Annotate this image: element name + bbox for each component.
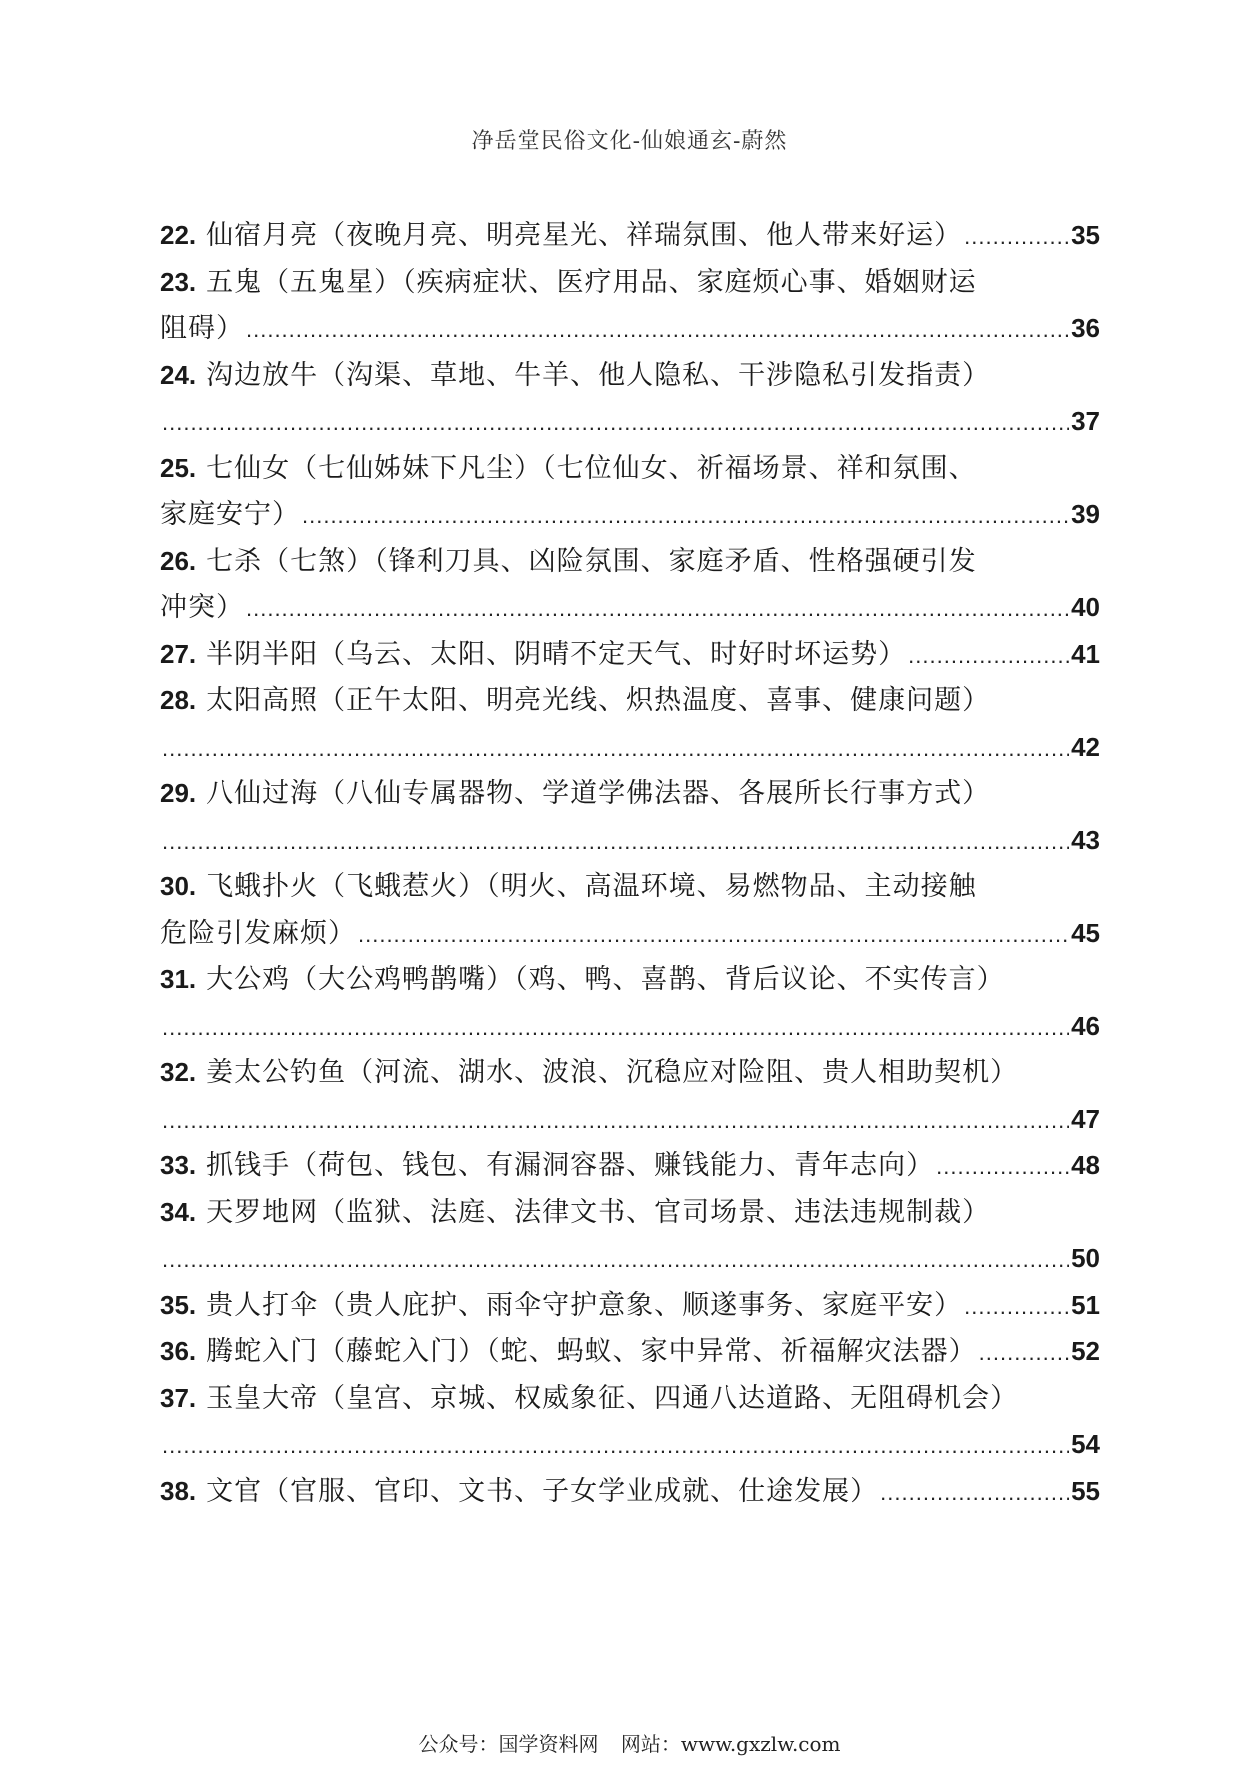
toc-entry-number: 38. [160, 1468, 196, 1515]
toc-line: 阻碍）36 [160, 305, 1100, 352]
toc-line: 34.天罗地网（监狱、法庭、法律文书、官司场景、违法违规制裁） [160, 1189, 1100, 1236]
toc-page-number: 48 [1071, 1142, 1100, 1189]
toc-entry-title: 贵人打伞（贵人庇护、雨伞守护意象、顺遂事务、家庭平安） [206, 1283, 962, 1330]
toc-line: 28.太阳高照（正午太阳、明亮光线、炽热温度、喜事、健康问题） [160, 677, 1100, 724]
dot-leader [162, 726, 1069, 773]
dot-leader [358, 912, 1069, 959]
toc-page-number: 39 [1071, 491, 1100, 538]
toc-entry-title: 抓钱手（荷包、钱包、有漏洞容器、赚钱能力、青年志向） [206, 1143, 934, 1190]
dot-leader [908, 633, 1069, 680]
toc-entry[interactable]: 26.七杀（七煞）（锋利刀具、凶险氛围、家庭矛盾、性格强硬引发冲突）40 [160, 538, 1100, 631]
toc-page-number: 52 [1071, 1328, 1100, 1375]
toc-page-number: 50 [1071, 1235, 1100, 1282]
toc-entry-title: 危险引发麻烦） [160, 911, 356, 958]
dot-leader [302, 493, 1069, 540]
toc-page-number: 54 [1071, 1421, 1100, 1468]
toc-page-number: 55 [1071, 1468, 1100, 1515]
dot-leader [162, 1005, 1069, 1052]
toc-line: 42 [160, 724, 1100, 771]
dot-leader [880, 1470, 1069, 1517]
toc-entry-title: 太阳高照（正午太阳、明亮光线、炽热温度、喜事、健康问题） [206, 678, 990, 725]
toc-entry-title: 大公鸡（大公鸡鸭鹊嘴）（鸡、鸭、喜鹊、背后议论、不实传言） [206, 957, 1005, 1004]
dot-leader [246, 307, 1069, 354]
toc-line: 22.仙宿月亮（夜晚月亮、明亮星光、祥瑞氛围、他人带来好运）35 [160, 212, 1100, 259]
toc-line: 24.沟边放牛（沟渠、草地、牛羊、他人隐私、干涉隐私引发指责） [160, 352, 1100, 399]
toc-entry[interactable]: 22.仙宿月亮（夜晚月亮、明亮星光、祥瑞氛围、他人带来好运）35 [160, 212, 1100, 259]
toc-line: 50 [160, 1235, 1100, 1282]
toc-page-number: 36 [1071, 305, 1100, 352]
page-footer: 公众号：国学资料网 网站：www.gxzlw.com [0, 1728, 1259, 1757]
toc-entry-number: 30. [160, 863, 196, 910]
toc-entry[interactable]: 30.飞蛾扑火（飞蛾惹火）（明火、高温环境、易燃物品、主动接触危险引发麻烦）45 [160, 863, 1100, 956]
toc-line: 46 [160, 1003, 1100, 1050]
toc-line: 54 [160, 1421, 1100, 1468]
dot-leader [246, 586, 1069, 633]
toc-entry[interactable]: 34.天罗地网（监狱、法庭、法律文书、官司场景、违法违规制裁）50 [160, 1189, 1100, 1282]
toc-entry-number: 26. [160, 538, 196, 585]
toc-entry-title: 玉皇大帝（皇宫、京城、权威象征、四通八达道路、无阻碍机会） [206, 1376, 1018, 1423]
toc-entry-number: 33. [160, 1142, 196, 1189]
toc-entry[interactable]: 32.姜太公钓鱼（河流、湖水、波浪、沉稳应对险阻、贵人相助契机）47 [160, 1049, 1100, 1142]
toc-entry-title: 七杀（七煞）（锋利刀具、凶险氛围、家庭矛盾、性格强硬引发 [206, 539, 977, 586]
toc-entry-title: 五鬼（五鬼星）（疾病症状、医疗用品、家庭烦心事、婚姻财运 [206, 260, 977, 307]
toc-entry-title: 八仙过海（八仙专属器物、学道学佛法器、各展所长行事方式） [206, 771, 990, 818]
table-of-contents: 22.仙宿月亮（夜晚月亮、明亮星光、祥瑞氛围、他人带来好运）3523.五鬼（五鬼… [160, 212, 1100, 1514]
toc-line: 31.大公鸡（大公鸡鸭鹊嘴）（鸡、鸭、喜鹊、背后议论、不实传言） [160, 956, 1100, 1003]
toc-entry-title: 冲突） [160, 585, 244, 632]
toc-page-number: 35 [1071, 212, 1100, 259]
toc-entry[interactable]: 25.七仙女（七仙姊妹下凡尘）（七位仙女、祈福场景、祥和氛围、家庭安宁）39 [160, 445, 1100, 538]
toc-page-number: 41 [1071, 631, 1100, 678]
toc-entry[interactable]: 23.五鬼（五鬼星）（疾病症状、医疗用品、家庭烦心事、婚姻财运阻碍）36 [160, 259, 1100, 352]
toc-page-number: 47 [1071, 1096, 1100, 1143]
toc-line: 危险引发麻烦）45 [160, 910, 1100, 957]
toc-entry-number: 37. [160, 1375, 196, 1422]
toc-entry-title: 沟边放牛（沟渠、草地、牛羊、他人隐私、干涉隐私引发指责） [206, 353, 990, 400]
toc-entry-number: 27. [160, 631, 196, 678]
dot-leader [162, 400, 1069, 447]
page-header: 净岳堂民俗文化-仙娘通玄-蔚然 [0, 124, 1259, 155]
dot-leader [964, 214, 1069, 261]
toc-entry-title: 腾蛇入门（藤蛇入门）（蛇、蚂蚁、家中异常、祈福解灾法器） [206, 1329, 977, 1376]
toc-entry-number: 36. [160, 1328, 196, 1375]
toc-line: 47 [160, 1096, 1100, 1143]
toc-entry[interactable]: 31.大公鸡（大公鸡鸭鹊嘴）（鸡、鸭、喜鹊、背后议论、不实传言）46 [160, 956, 1100, 1049]
toc-entry-title: 半阴半阳（乌云、太阳、阴晴不定天气、时好时坏运势） [206, 632, 906, 679]
dot-leader [964, 1284, 1069, 1331]
footer-website: 网站：www.gxzlw.com [621, 1732, 841, 1756]
dot-leader [162, 1237, 1069, 1284]
toc-line: 38.文官（官服、官印、文书、子女学业成就、仕途发展）55 [160, 1468, 1100, 1515]
toc-entry-number: 28. [160, 677, 196, 724]
toc-entry[interactable]: 27.半阴半阳（乌云、太阳、阴晴不定天气、时好时坏运势）41 [160, 631, 1100, 678]
toc-line: 43 [160, 817, 1100, 864]
toc-entry[interactable]: 36.腾蛇入门（藤蛇入门）（蛇、蚂蚁、家中异常、祈福解灾法器）52 [160, 1328, 1100, 1375]
toc-entry-title: 仙宿月亮（夜晚月亮、明亮星光、祥瑞氛围、他人带来好运） [206, 213, 962, 260]
toc-entry-number: 29. [160, 770, 196, 817]
toc-line: 26.七杀（七煞）（锋利刀具、凶险氛围、家庭矛盾、性格强硬引发 [160, 538, 1100, 585]
toc-entry-title: 姜太公钓鱼（河流、湖水、波浪、沉稳应对险阻、贵人相助契机） [206, 1050, 1018, 1097]
header-title: 净岳堂民俗文化-仙娘通玄-蔚然 [472, 129, 788, 154]
toc-entry[interactable]: 38.文官（官服、官印、文书、子女学业成就、仕途发展）55 [160, 1468, 1100, 1515]
toc-entry-title: 飞蛾扑火（飞蛾惹火）（明火、高温环境、易燃物品、主动接触 [206, 864, 977, 911]
toc-entry-number: 24. [160, 352, 196, 399]
toc-entry[interactable]: 35.贵人打伞（贵人庇护、雨伞守护意象、顺遂事务、家庭平安）51 [160, 1282, 1100, 1329]
toc-page-number: 51 [1071, 1282, 1100, 1329]
toc-entry[interactable]: 24.沟边放牛（沟渠、草地、牛羊、他人隐私、干涉隐私引发指责）37 [160, 352, 1100, 445]
toc-page-number: 46 [1071, 1003, 1100, 1050]
dot-leader [162, 1098, 1069, 1145]
toc-line: 家庭安宁）39 [160, 491, 1100, 538]
toc-entry-title: 文官（官服、官印、文书、子女学业成就、仕途发展） [206, 1469, 878, 1516]
toc-entry-number: 22. [160, 212, 196, 259]
toc-entry-number: 23. [160, 259, 196, 306]
dot-leader [936, 1144, 1069, 1191]
toc-page-number: 45 [1071, 910, 1100, 957]
footer-wechat: 公众号：国学资料网 [418, 1732, 598, 1756]
dot-leader [162, 1423, 1069, 1470]
toc-entry[interactable]: 37.玉皇大帝（皇宫、京城、权威象征、四通八达道路、无阻碍机会）54 [160, 1375, 1100, 1468]
toc-page-number: 40 [1071, 584, 1100, 631]
toc-line: 35.贵人打伞（贵人庇护、雨伞守护意象、顺遂事务、家庭平安）51 [160, 1282, 1100, 1329]
dot-leader [162, 819, 1069, 866]
toc-entry-number: 31. [160, 956, 196, 1003]
toc-line: 36.腾蛇入门（藤蛇入门）（蛇、蚂蚁、家中异常、祈福解灾法器）52 [160, 1328, 1100, 1375]
toc-page-number: 42 [1071, 724, 1100, 771]
toc-entry[interactable]: 33.抓钱手（荷包、钱包、有漏洞容器、赚钱能力、青年志向）48 [160, 1142, 1100, 1189]
toc-entry-title: 七仙女（七仙姊妹下凡尘）（七位仙女、祈福场景、祥和氛围、 [206, 446, 977, 493]
dot-leader [979, 1330, 1069, 1377]
toc-page-number: 43 [1071, 817, 1100, 864]
toc-line: 27.半阴半阳（乌云、太阳、阴晴不定天气、时好时坏运势）41 [160, 631, 1100, 678]
toc-line: 37 [160, 398, 1100, 445]
toc-line: 37.玉皇大帝（皇宫、京城、权威象征、四通八达道路、无阻碍机会） [160, 1375, 1100, 1422]
toc-entry-number: 25. [160, 445, 196, 492]
toc-line: 33.抓钱手（荷包、钱包、有漏洞容器、赚钱能力、青年志向）48 [160, 1142, 1100, 1189]
toc-line: 30.飞蛾扑火（飞蛾惹火）（明火、高温环境、易燃物品、主动接触 [160, 863, 1100, 910]
toc-page-number: 37 [1071, 398, 1100, 445]
toc-entry[interactable]: 28.太阳高照（正午太阳、明亮光线、炽热温度、喜事、健康问题）42 [160, 677, 1100, 770]
toc-entry-title: 家庭安宁） [160, 492, 300, 539]
toc-line: 32.姜太公钓鱼（河流、湖水、波浪、沉稳应对险阻、贵人相助契机） [160, 1049, 1100, 1096]
toc-line: 25.七仙女（七仙姊妹下凡尘）（七位仙女、祈福场景、祥和氛围、 [160, 445, 1100, 492]
toc-entry-number: 34. [160, 1189, 196, 1236]
toc-line: 29.八仙过海（八仙专属器物、学道学佛法器、各展所长行事方式） [160, 770, 1100, 817]
toc-line: 冲突）40 [160, 584, 1100, 631]
toc-entry-number: 32. [160, 1049, 196, 1096]
toc-entry-number: 35. [160, 1282, 196, 1329]
toc-entry[interactable]: 29.八仙过海（八仙专属器物、学道学佛法器、各展所长行事方式）43 [160, 770, 1100, 863]
toc-line: 23.五鬼（五鬼星）（疾病症状、医疗用品、家庭烦心事、婚姻财运 [160, 259, 1100, 306]
toc-entry-title: 阻碍） [160, 306, 244, 353]
toc-entry-title: 天罗地网（监狱、法庭、法律文书、官司场景、违法违规制裁） [206, 1190, 990, 1237]
